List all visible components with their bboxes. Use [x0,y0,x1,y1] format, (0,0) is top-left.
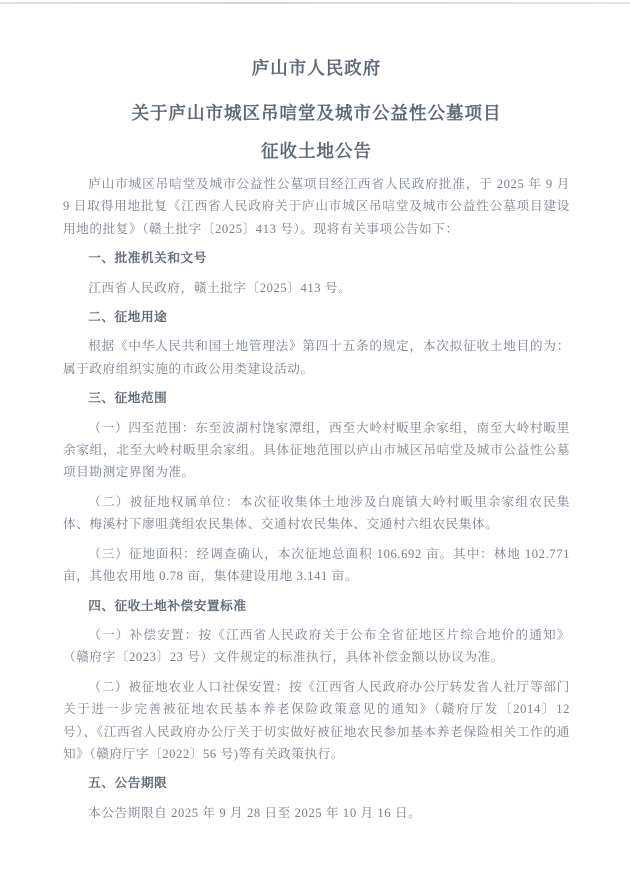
section-land-scope: 三、征地范围 （一）四至范围：东至波湖村饶家潭组，西至大岭村畈里余家组，南至大岭… [63,387,570,587]
section-4-paragraph-2: （二）被征地农业人口社保安置：按《江西省人民政府办公厅转发省人社厅等部门关于进一… [63,676,570,766]
section-heading-4: 四、征收土地补偿安置标准 [63,595,570,617]
section-4-paragraph-1: （一）补偿安置：按《江西省人民政府关于公布全省征地区片综合地价的通知》（赣府字〔… [63,624,570,669]
section-compensation-standards: 四、征收土地补偿安置标准 （一）补偿安置：按《江西省人民政府关于公布全省征地区片… [63,595,570,766]
section-heading-3: 三、征地范围 [63,387,570,409]
section-5-paragraph-1: 本公告期限自 2025 年 9 月 28 日至 2025 年 10 月 16 日… [63,802,570,824]
document-title-issuer: 庐山市人民政府 [63,57,570,79]
document-title-type: 征收土地公告 [63,140,570,162]
intro-paragraph: 庐山市城区吊唁堂及城市公益性公墓项目经江西省人民政府批准，于 2025 年 9 … [63,173,570,240]
section-3-paragraph-1: （一）四至范围：东至波湖村饶家潭组，西至大岭村畈里余家组，南至大岭村畈里余家组，… [63,417,570,484]
section-1-paragraph-1: 江西省人民政府，赣土批字〔2025〕413 号。 [63,277,570,299]
section-3-paragraph-2: （二）被征地权属单位：本次征收集体土地涉及白鹿镇大岭村畈里余家组农民集体、梅溪村… [63,491,570,536]
section-heading-2: 二、征地用途 [63,306,570,328]
section-heading-5: 五、公告期限 [63,772,570,794]
section-3-paragraph-3: （三）征地面积：经调查确认，本次征地总面积 106.692 亩。其中：林地 10… [63,543,570,588]
section-land-use-purpose: 二、征地用途 根据《中华人民共和国土地管理法》第四十五条的规定，本次拟征收土地目… [63,306,570,380]
section-announcement-period: 五、公告期限 本公告期限自 2025 年 9 月 28 日至 2025 年 10… [63,772,570,824]
document-title-subject: 关于庐山市城区吊唁堂及城市公益性公墓项目 [63,102,570,124]
section-heading-1: 一、批准机关和文号 [63,247,570,269]
announcement-document-page: 庐山市人民政府 关于庐山市城区吊唁堂及城市公益性公墓项目 征收土地公告 庐山市城… [0,0,630,895]
section-approval-authority: 一、批准机关和文号 江西省人民政府，赣土批字〔2025〕413 号。 [63,247,570,299]
section-2-paragraph-1: 根据《中华人民共和国土地管理法》第四十五条的规定，本次拟征收土地目的为：属于政府… [63,335,570,380]
